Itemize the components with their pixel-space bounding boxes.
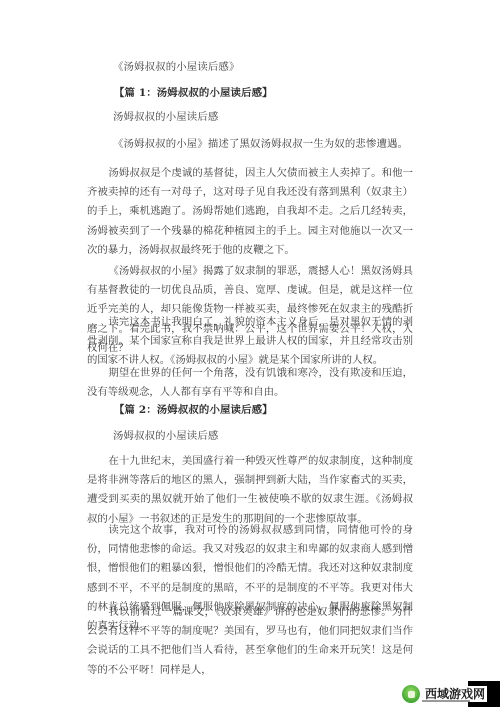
watermark-logo: 西域游戏网 xyxy=(400,681,500,707)
document-title: 《汤姆叔叔的小屋读后感》 xyxy=(113,58,240,77)
game-controller-icon xyxy=(402,685,420,703)
section-2-paragraph-3: 我以前看过一篇课文，《奴隶英雄》讲的也是奴隶们的悲惨。为什么会有这样不平等的制度… xyxy=(87,603,413,680)
section-1-paragraph-2: 汤姆叔叔是个虔诚的基督徒，因主人欠债而被主人卖掉了。和他一齐被卖掉的还有一对母子… xyxy=(87,164,413,260)
section-1-heading: 【篇 1：汤姆叔叔的小屋读后感】 xyxy=(114,84,273,103)
section-2-subtitle: 汤姆叔叔的小屋读后感 xyxy=(113,427,218,446)
section-1-paragraph-4: 读完这本书让我明白了，礼貌的资本主义身后，是对黑奴无情的剥骨剥削。某个国家宣称自… xyxy=(87,313,413,371)
section-1-subtitle: 汤姆叔叔的小屋读后感 xyxy=(113,108,218,127)
section-2-paragraph-1: 在十九世纪末，美国盛行着一种毁灭性尊严的奴隶制度，这种制度是将非洲等落后的地区的… xyxy=(87,452,413,529)
section-1-paragraph-1: 《汤姆叔叔的小屋》描述了黑奴汤姆叔叔一生为奴的悲惨遭遇。 xyxy=(113,135,408,154)
watermark-underline xyxy=(422,700,470,702)
document-page: 《汤姆叔叔的小屋读后感》 【篇 1：汤姆叔叔的小屋读后感】 汤姆叔叔的小屋读后感… xyxy=(0,0,500,707)
section-1-paragraph-5: 期望在世界的任何一个角落，没有饥饿和寒冷，没有欺凌和压迫，没有等级观念，人人都有… xyxy=(87,364,413,402)
section-2-heading: 【篇 2：汤姆叔叔的小屋读后感】 xyxy=(114,401,273,420)
